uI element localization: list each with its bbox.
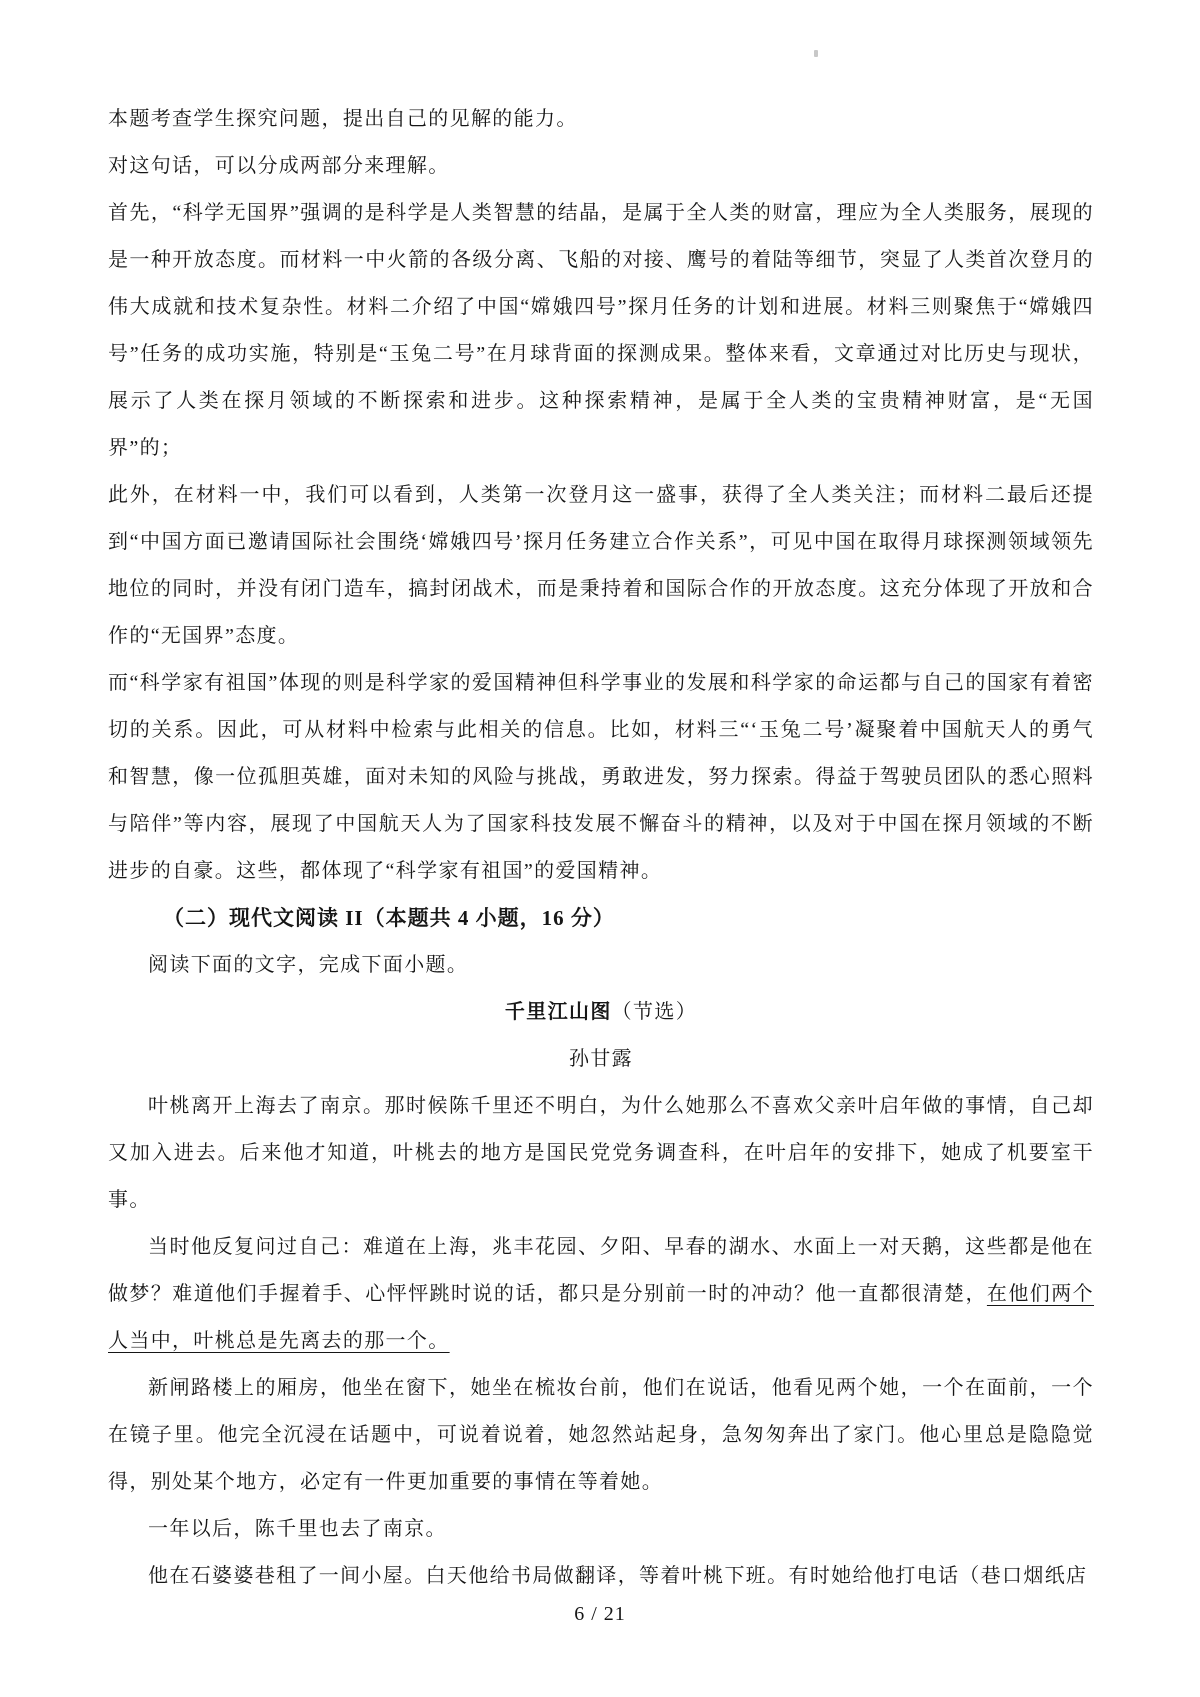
passage-title-main: 千里江山图 [505, 1001, 612, 1023]
analysis-paragraph: 本题考查学生探究问题，提出自己的见解的能力。 [108, 96, 1094, 143]
document-page: 本题考查学生探究问题，提出自己的见解的能力。 对这句话，可以分成两部分来理解。 … [0, 0, 1200, 1697]
passage-title-subtitle: （节选） [612, 1001, 697, 1023]
passage-paragraph: 当时他反复问过自己：难道在上海，兆丰花园、夕阳、早春的湖水、水面上一对天鹅，这些… [108, 1224, 1094, 1365]
passage-author: 孙甘露 [108, 1036, 1094, 1083]
section-heading: （二）现代文阅读 II（本题共 4 小题，16 分） [163, 895, 1094, 942]
analysis-paragraph: 对这句话，可以分成两部分来理解。 [108, 143, 1094, 190]
page-content: 本题考查学生探究问题，提出自己的见解的能力。 对这句话，可以分成两部分来理解。 … [108, 96, 1094, 1600]
passage-text: 当时他反复问过自己：难道在上海，兆丰花园、夕阳、早春的湖水、水面上一对天鹅，这些… [108, 1236, 1094, 1305]
reading-instruction: 阅读下面的文字，完成下面小题。 [108, 942, 1094, 989]
passage-paragraph: 一年以后，陈千里也去了南京。 [108, 1506, 1094, 1553]
analysis-paragraph: 首先，“科学无国界”强调的是科学是人类智慧的结晶，是属于全人类的财富，理应为全人… [108, 190, 1094, 472]
analysis-paragraph: 此外，在材料一中，我们可以看到，人类第一次登月这一盛事，获得了全人类关注；而材料… [108, 472, 1094, 660]
passage-paragraph: 叶桃离开上海去了南京。那时候陈千里还不明白，为什么她那么不喜欢父亲叶启年做的事情… [108, 1083, 1094, 1224]
passage-paragraph: 新闸路楼上的厢房，他坐在窗下，她坐在梳妆台前，他们在说话，他看见两个她，一个在面… [108, 1365, 1094, 1506]
page-artifact-dot [814, 50, 818, 57]
page-number: 6 / 21 [0, 1591, 1200, 1638]
analysis-paragraph: 而“科学家有祖国”体现的则是科学家的爱国精神但科学事业的发展和科学家的命运都与自… [108, 660, 1094, 895]
passage-title: 千里江山图（节选） [108, 989, 1094, 1036]
